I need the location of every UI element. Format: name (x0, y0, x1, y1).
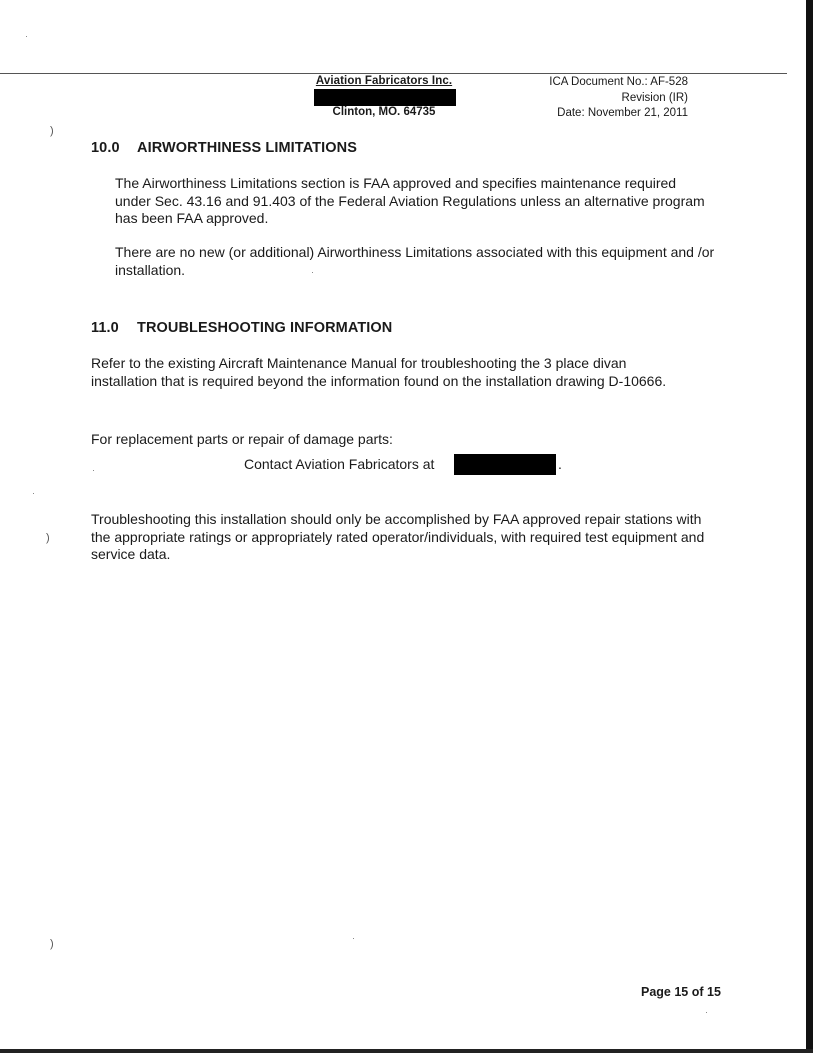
scan-speck (93, 470, 94, 471)
scan-speck (706, 1012, 707, 1013)
document-info: ICA Document No.: AF-528 Revision (IR) D… (520, 75, 688, 122)
company-city: Clinton, MO. 64735 (312, 106, 456, 118)
document-number: ICA Document No.: AF-528 (520, 75, 688, 91)
paragraph: There are no new (or additional) Airwort… (115, 244, 715, 279)
section-title: AIRWORTHINESS LIMITATIONS (137, 140, 357, 156)
header-rule (0, 73, 787, 74)
scan-bottom-border (0, 1049, 813, 1053)
section-number: 11.0 (91, 320, 137, 336)
scan-artifact: ) (50, 938, 54, 950)
contact-line: Contact Aviation Fabricators at (244, 456, 434, 474)
revision: Revision (IR) (520, 91, 688, 107)
section-number: 10.0 (91, 140, 137, 156)
paragraph: Refer to the existing Aircraft Maintenan… (91, 355, 671, 390)
section-title: TROUBLESHOOTING INFORMATION (137, 320, 392, 336)
paragraph: Troubleshooting this installation should… (91, 511, 716, 564)
company-name: Aviation Fabricators Inc. (312, 75, 456, 87)
redacted-phone (454, 454, 556, 475)
scan-right-border (806, 0, 813, 1052)
contact-period: . (558, 456, 562, 474)
scan-artifact: ) (50, 125, 54, 137)
section-heading-10: 10.0AIRWORTHINESS LIMITATIONS (91, 140, 357, 156)
paragraph: For replacement parts or repair of damag… (91, 431, 691, 449)
redacted-address (314, 89, 456, 106)
page-number: Page 15 of 15 (641, 985, 721, 999)
paragraph: The Airworthiness Limitations section is… (115, 175, 715, 228)
scan-speck (353, 938, 354, 939)
scan-artifact: ) (46, 532, 50, 544)
document-date: Date: November 21, 2011 (520, 106, 688, 122)
scan-speck (26, 36, 27, 37)
scan-speck (312, 272, 313, 273)
scan-speck (33, 493, 34, 494)
section-heading-11: 11.0TROUBLESHOOTING INFORMATION (91, 320, 392, 336)
